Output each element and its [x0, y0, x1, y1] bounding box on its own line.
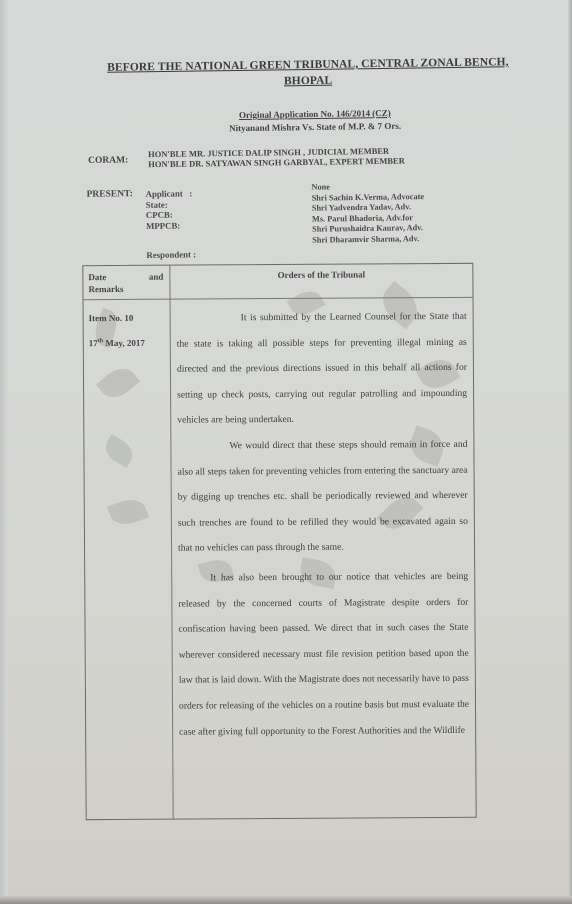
order-date: 17th May, 2017: [89, 338, 145, 348]
page-edge-left: [0, 0, 8, 904]
photo-bottom-shadow: [0, 896, 572, 904]
role-mppcb: MPPCB:: [146, 220, 193, 231]
present-roles: Applicant : State: CPCB: MPPCB:: [146, 188, 193, 231]
title-line-2: BHOPAL: [284, 75, 332, 88]
header-and: and: [149, 271, 164, 283]
header-orders: Orders of the Tribunal: [170, 269, 472, 281]
counsel-name: Shri Dharamvir Sharma, Adv.: [312, 234, 425, 246]
order-paragraph: It is submitted by the Learned Counsel f…: [177, 304, 468, 434]
header-divider: [84, 297, 473, 300]
document-title: BEFORE THE NATIONAL GREEN TRIBUNAL, CENT…: [88, 54, 528, 92]
header-date-remarks: Date and Remarks: [88, 271, 166, 295]
page-edge-right: [568, 0, 572, 904]
role-cpcb: CPCB:: [146, 209, 193, 220]
title-line-1: BEFORE THE NATIONAL GREEN TRIBUNAL, CENT…: [107, 56, 509, 74]
item-number: Item No. 10: [89, 313, 134, 323]
present-section: PRESENT: Applicant : State: CPCB: MPPCB:…: [86, 180, 487, 266]
role-state: State:: [146, 199, 193, 210]
coram-label: CORAM:: [88, 155, 128, 166]
order-paragraph: We would direct that these steps should …: [177, 432, 468, 562]
case-header: Original Application No. 146/2014 (CZ) N…: [170, 106, 460, 136]
present-names: None Shri Sachin K.Verma, Advocate Shri …: [311, 181, 424, 246]
role-applicant: Applicant :: [146, 188, 193, 199]
header-date: Date: [88, 272, 106, 282]
role-respondent: Respondent :: [146, 249, 196, 260]
order-paragraph: It has also been brought to our notice t…: [178, 564, 469, 745]
column-divider: [169, 266, 173, 819]
present-label: PRESENT:: [87, 189, 133, 200]
case-parties: Nityanand Mishra Vs. State of M.P. & 7 O…: [170, 119, 460, 136]
orders-table: Date and Remarks Orders of the Tribunal …: [82, 263, 476, 820]
header-remarks: Remarks: [88, 284, 123, 294]
coram-members: HON'BLE MR. JUSTICE DALIP SINGH , JUDICI…: [148, 145, 478, 170]
order-text: It is submitted by the Learned Counsel f…: [177, 304, 470, 745]
